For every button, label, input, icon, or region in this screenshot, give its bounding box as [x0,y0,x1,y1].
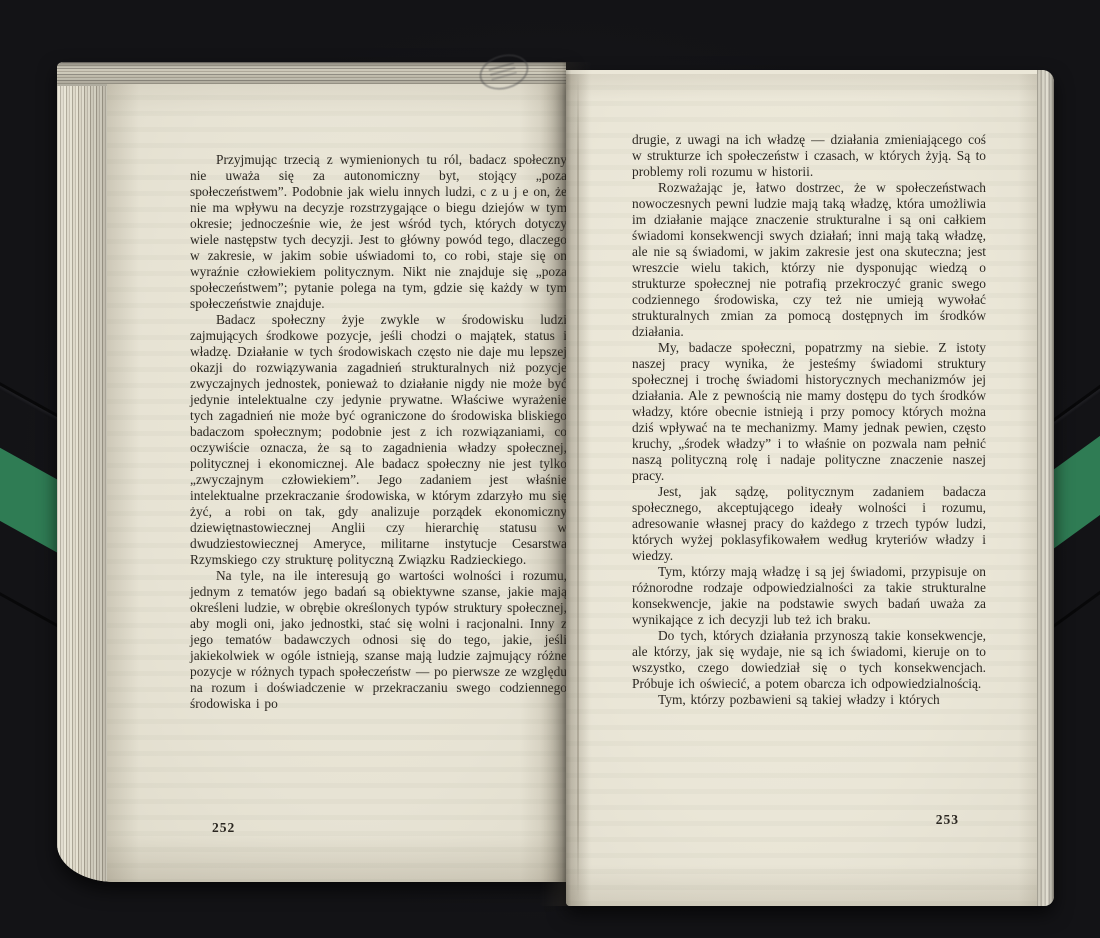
page-edges-right [1037,70,1054,906]
page-right-text: drugie, z uwagi na ich władzę — działani… [632,132,986,708]
paragraph: Badacz społeczny żyje zwykle w środowisk… [190,312,566,568]
stamp-marks [489,62,515,71]
paragraph: drugie, z uwagi na ich władzę — działani… [632,132,986,180]
paragraph: Tym, którzy mają władzę i są jej świadom… [632,564,986,628]
page-left: Przyjmując trzecią z wymienionych tu ról… [57,62,566,882]
page-edges-left [57,62,107,882]
page-left-paper: Przyjmując trzecią z wymienionych tu ról… [107,84,566,882]
page-number-left: 252 [212,820,235,836]
page-right-paper: drugie, z uwagi na ich władzę — działani… [566,74,1037,906]
paragraph: Przyjmując trzecią z wymienionych tu ról… [190,152,566,312]
spine-crease [577,74,579,900]
paragraph: Rozważając je, łatwo dostrzec, że w społ… [632,180,986,340]
scanned-book-spread: Przyjmując trzecią z wymienionych tu ról… [0,0,1100,938]
page-right: drugie, z uwagi na ich władzę — działani… [566,70,1054,906]
paragraph: Na tyle, na ile interesują go wartości w… [190,568,566,712]
paragraph: My, badacze społeczni, popatrzmy na sieb… [632,340,986,484]
paragraph: Jest, jak sądzę, politycznym zadaniem ba… [632,484,986,564]
page-left-text: Przyjmując trzecią z wymienionych tu ról… [190,152,566,712]
paragraph: Tym, którzy pozbawieni są takiej władzy … [632,692,986,708]
paragraph: Do tych, których działania przynoszą tak… [632,628,986,692]
page-number-right: 253 [936,812,959,828]
